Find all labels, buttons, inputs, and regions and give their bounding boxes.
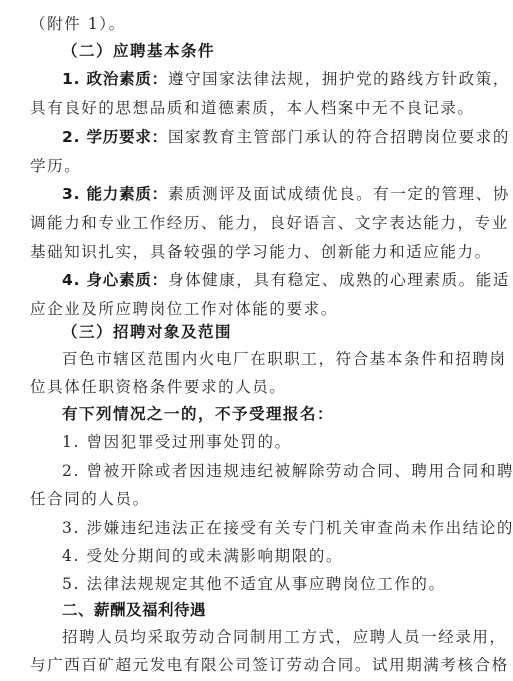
exclusion-item-5: 5. 法律法规规定其他不适宜从事应聘岗位工作的。 <box>62 574 474 594</box>
condition-political-line1: 1. 政治素质：遵守国家法律法规，拥护党的路线方针政策， <box>62 69 474 89</box>
condition-health-line1: 4. 身心素质：身体健康，具有稳定、成熟的心理素质。能适 <box>62 270 474 290</box>
scope-line1: 百色市辖区范围内火电厂在职职工，符合基本条件和招聘岗 <box>62 349 474 369</box>
condition-text: 国家教育主管部门承认的符合招聘岗位要求的 <box>168 128 510 146</box>
exclusion-item-3: 3. 涉嫌违纪违法正在接受有关专门机关审查尚未作出结论的。 <box>62 518 474 538</box>
condition-text: 身体健康，具有稳定、成熟的心理素质。能适 <box>168 271 510 289</box>
attachment-reference: （附件 1）。 <box>30 14 474 34</box>
exclusion-item-2-line1: 2. 曾被开除或者因违规违纪被解除劳动合同、聘用合同和聘 <box>62 461 474 481</box>
section-heading-compensation: 二、薪酬及福利待遇 <box>62 600 474 620</box>
condition-political-line2: 具有良好的思想品质和道德素质，本人档案中无不良记录。 <box>30 98 474 118</box>
condition-text: 素质测评及面试成绩优良。有一定的管理、协 <box>168 185 510 203</box>
exclusion-item-1: 1. 曾因犯罪受过刑事处罚的。 <box>62 432 474 452</box>
section-heading-recruitment-scope: （三）招聘对象及范围 <box>62 322 474 342</box>
condition-text: 遵守国家法律法规，拥护党的路线方针政策， <box>168 70 510 88</box>
condition-label: 3. 能力素质： <box>62 185 168 203</box>
condition-ability-line3: 基础知识扎实，具备较强的学习能力、创新能力和适应能力。 <box>30 242 474 262</box>
condition-ability-line2: 调能力和专业工作经历、能力，良好语言、文字表达能力，专业 <box>30 213 474 233</box>
exclusion-item-2-line2: 任合同的人员。 <box>30 489 474 509</box>
condition-health-line2: 应企业及所应聘岗位工作对体能的要求。 <box>30 299 474 319</box>
section-heading-basic-conditions: （二）应聘基本条件 <box>62 41 474 61</box>
condition-label: 4. 身心素质： <box>62 271 168 289</box>
document-page: （附件 1）。 （二）应聘基本条件 1. 政治素质：遵守国家法律法规，拥护党的路… <box>0 0 513 681</box>
condition-ability-line1: 3. 能力素质：素质测评及面试成绩优良。有一定的管理、协 <box>62 184 474 204</box>
scope-line2: 位具体任职资格条件要求的人员。 <box>30 377 474 397</box>
exclusion-heading: 有下列情况之一的，不予受理报名： <box>62 404 474 424</box>
compensation-line1: 招聘人员均采取劳动合同制用工方式，应聘人员一经录用， <box>62 627 474 647</box>
compensation-line2: 与广西百矿超元发电有限公司签订劳动合同。试用期满考核合格 <box>30 655 474 675</box>
condition-education-line1: 2. 学历要求：国家教育主管部门承认的符合招聘岗位要求的 <box>62 127 474 147</box>
condition-label: 1. 政治素质： <box>62 70 168 88</box>
condition-label: 2. 学历要求： <box>62 128 168 146</box>
condition-education-line2: 学历。 <box>30 156 474 176</box>
exclusion-item-4: 4. 受处分期间的或未满影响期限的。 <box>62 546 474 566</box>
